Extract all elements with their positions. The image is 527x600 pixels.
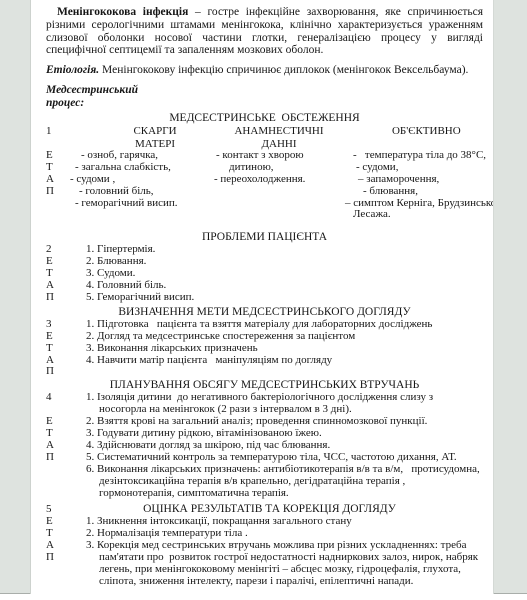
table-cell-line: - головний біль, bbox=[70, 186, 214, 198]
column-header: СКАРГИ bbox=[70, 125, 214, 137]
section5-list: ОЦІНКА РЕЗУЛЬТАТІВ ТА КОРЕКЦІЯ ДОГЛЯДУ 1… bbox=[70, 504, 483, 587]
stage-letter: А bbox=[46, 440, 70, 452]
list-item: 3. Виконання лікарських призначень bbox=[86, 343, 483, 355]
column-anamnesis: АНАМНЕСТИЧНІ ДАННІ - контакт з хворою ди… bbox=[214, 125, 344, 221]
table-cell-line: - блювання, bbox=[344, 186, 494, 198]
intro-term: Менінгококова інфекція bbox=[57, 6, 188, 18]
list-item: 2. Блювання. bbox=[86, 256, 483, 268]
document-page: Менінгококова інфекція – гостре інфекцій… bbox=[30, 0, 494, 594]
stage-column-1: 1 Е Т А П bbox=[46, 125, 70, 221]
process-label-line2: процес: bbox=[46, 97, 84, 109]
section3-list: 1. Підготовка пацієнта та взяття матеріа… bbox=[70, 319, 483, 378]
stage-column-5: 5 Е Т А П bbox=[46, 504, 70, 587]
stage-letter: Т bbox=[46, 343, 70, 355]
column-complaints: СКАРГИ МАТЕРІ - озноб, гарячка, - загаль… bbox=[70, 125, 214, 221]
intro-paragraph: Менінгококова інфекція – гостре інфекцій… bbox=[46, 6, 483, 57]
stage-letter: П bbox=[46, 452, 70, 464]
list-item: 4. Навчити матір пацієнта маніпуляціям п… bbox=[86, 355, 483, 367]
table-cell-line: - загальна слабкість, bbox=[70, 162, 214, 174]
section2-body: 2 Е Т А П 1. Гіпертермія. 2. Блювання. 3… bbox=[46, 244, 483, 304]
list-item: 3. Корекція мед сестринських втручань мо… bbox=[86, 540, 483, 588]
stage-letter: П bbox=[46, 292, 70, 304]
table-cell-line: - судоми, bbox=[344, 162, 494, 174]
stage-letter: П bbox=[46, 552, 70, 564]
table-cell-line: - геморагічний висип. bbox=[70, 198, 214, 210]
stage-number: 3 bbox=[46, 319, 70, 331]
section1-title: МЕДСЕСТРИНСЬКЕ ОБСТЕЖЕННЯ bbox=[46, 112, 483, 125]
table-cell-line: - переохолодження. bbox=[214, 174, 344, 186]
list-item: 1. Підготовка пацієнта та взяття матеріа… bbox=[86, 319, 483, 331]
etiology-line: Етіологія. Менінгококову інфекцію спричи… bbox=[46, 64, 483, 77]
etiology-text: Менінгококову інфекцію спричинює диплоко… bbox=[99, 64, 468, 76]
section2-list: 1. Гіпертермія. 2. Блювання. 3. Судоми. … bbox=[70, 244, 483, 304]
list-item: 6. Виконання лікарських призначень: анти… bbox=[86, 464, 483, 500]
stage-column-4: 4 Е Т А П bbox=[46, 392, 70, 499]
stage-letter: А bbox=[46, 174, 70, 186]
table-cell-line: – запаморочення, bbox=[344, 174, 494, 186]
list-item: 2. Догляд та медсестринське спостереженн… bbox=[86, 331, 483, 343]
stage-letter: Е bbox=[46, 331, 70, 343]
section4-body: 4 Е Т А П 1. Ізоляція дитини до негативн… bbox=[46, 392, 483, 499]
etiology-label: Етіологія. bbox=[46, 64, 99, 76]
list-item: 5. Геморагічний висип. bbox=[86, 292, 483, 304]
stage-letter: П bbox=[46, 186, 70, 198]
section5-body: 5 Е Т А П ОЦІНКА РЕЗУЛЬТАТІВ ТА КОРЕКЦІЯ… bbox=[46, 504, 483, 587]
section4-list: 1. Ізоляція дитини до негативного бактер… bbox=[70, 392, 483, 499]
stage-number: 4 bbox=[46, 392, 70, 404]
list-item: 1. Ізоляція дитини до негативного бактер… bbox=[86, 392, 483, 416]
stage-number: 1 bbox=[46, 125, 70, 137]
table-cell-line: Лесажа. bbox=[344, 209, 494, 221]
column-objective: ОБ'ЄКТИВНО - температура тіла до 38°С, -… bbox=[344, 125, 494, 221]
process-label-line1: Медсестринський bbox=[46, 84, 138, 96]
table-cell-line: - судоми , bbox=[70, 174, 214, 186]
assessment-table: 1 Е Т А П СКАРГИ МАТЕРІ - озноб, гарячка… bbox=[46, 125, 483, 221]
section3-body: 3 Е Т А П 1. Підготовка пацієнта та взят… bbox=[46, 319, 483, 378]
process-label: Медсестринськийпроцес: bbox=[46, 84, 483, 110]
section3-title: ВИЗНАЧЕННЯ МЕТИ МЕДСЕСТРИНСЬКОГО ДОГЛЯДУ bbox=[46, 306, 483, 319]
list-item: 5. Систематичний контроль за температуро… bbox=[86, 452, 483, 464]
table-cell-line: дитиною, bbox=[214, 162, 344, 174]
stage-letter: П bbox=[46, 366, 70, 378]
column-header: ОБ'ЄКТИВНО bbox=[344, 125, 494, 137]
stage-letter: Т bbox=[46, 162, 70, 174]
stage-column-3: 3 Е Т А П bbox=[46, 319, 70, 378]
stage-column-2: 2 Е Т А П bbox=[46, 244, 70, 304]
column-header: АНАМНЕСТИЧНІ bbox=[214, 125, 344, 137]
